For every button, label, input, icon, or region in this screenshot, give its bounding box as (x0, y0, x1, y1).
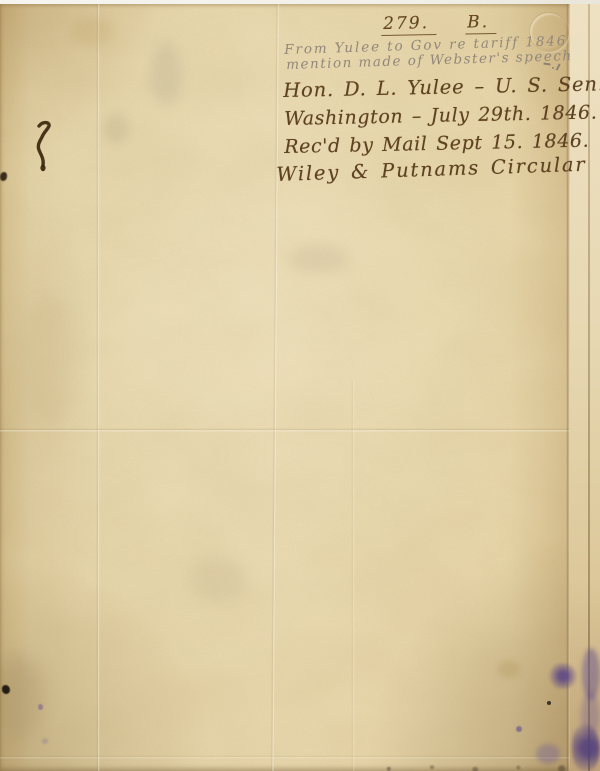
faint-stain (22, 294, 77, 424)
purple-ink-dot (516, 726, 522, 732)
docket-sender-line: Hon. D. L. Yulee – U. S. Sen. (283, 72, 600, 102)
faint-stain (290, 244, 348, 274)
gray-smudge (150, 42, 182, 106)
docket-letter: B. (465, 12, 496, 35)
docket-number: 279. (381, 13, 436, 36)
crease-vertical-lower-right (351, 380, 355, 771)
crease-horizontal-bottom (0, 755, 600, 759)
ink-speck (2, 685, 10, 694)
ink-speck (547, 701, 551, 705)
ink-blot-mark (33, 120, 59, 178)
brown-spot (498, 660, 520, 678)
foxing-stain (70, 16, 112, 46)
bottom-edge-grime (360, 764, 600, 771)
docket-place-date-line: Washington – July 29th. 1846. (284, 101, 598, 130)
document-page: 279. B. From Yulee to Gov re tariff 1846… (0, 4, 600, 771)
purple-ink-dot (42, 738, 48, 744)
docket-enclosure-line: Wiley & Putnams Circular (276, 153, 587, 186)
purple-ink-stain (536, 744, 560, 764)
crease-vertical-center (270, 4, 279, 771)
ink-speck (0, 172, 7, 181)
purple-ink-dot (38, 704, 43, 710)
gray-smudge (103, 114, 129, 144)
crease-vertical-left (96, 4, 100, 771)
docket-row: 279. B. (381, 12, 496, 36)
faint-stain (188, 556, 246, 602)
scanned-document: 279. B. From Yulee to Gov re tariff 1846… (0, 0, 600, 771)
corner-grime (0, 652, 42, 742)
crease-horizontal-middle (0, 428, 600, 432)
